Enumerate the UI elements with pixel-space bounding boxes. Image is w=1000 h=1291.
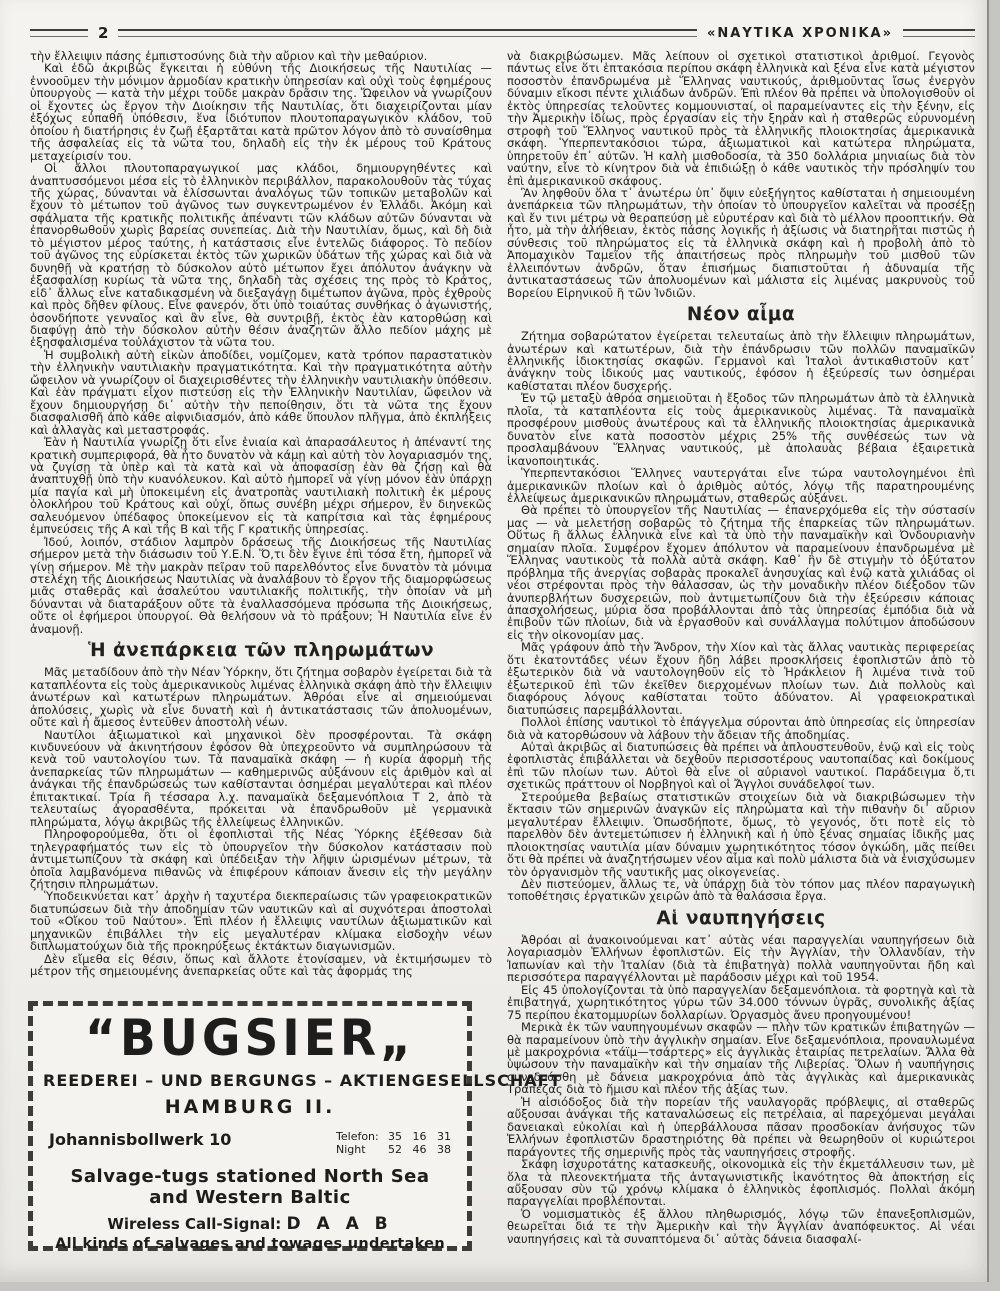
paragraph: Θὰ πρέπει τὸ ὑπουργεῖον τῆς Ναυτιλίας — … xyxy=(507,504,975,641)
ad-call-signal: Wireless Call-Signal: D A A B xyxy=(43,1214,457,1234)
ad-city-line: HAMBURG II. xyxy=(43,1096,457,1118)
ad-bugsier: “BUGSIER„ REEDEREI – UND BERGUNGS – AKTI… xyxy=(28,1001,472,1251)
ad-company-line: REEDEREI – UND BERGUNGS – AKTIENGESELLSC… xyxy=(43,1071,457,1090)
paragraph: Ὑποδεικνύεται κατ᾽ ἀρχὴν ἡ ταχυτέρα διεκ… xyxy=(30,890,492,952)
page-header: 2 «ΝΑΥΤΙΚΑ ΧΡΟΝΙΚΑ» xyxy=(30,24,975,42)
paragraph: Ὑπερπεντακόσιοι Ἕλληνες ναυτεργάται εἶνε… xyxy=(507,467,975,504)
header-rule-center xyxy=(118,29,697,37)
ad-night-label: Night xyxy=(336,1143,388,1156)
ad-call-signal-code: D A A B xyxy=(287,1214,393,1234)
ad-night-numbers: 52 46 38 xyxy=(388,1143,451,1156)
ad-address: Johannisbollwerk 10 xyxy=(49,1130,231,1149)
ad-phone-line: Telefon:35 16 31 xyxy=(336,1130,451,1143)
paragraph: Ἡ συμβολικὴ αὐτὴ εἰκὼν ἀποδίδει, νομίζομ… xyxy=(30,349,492,436)
scanned-magazine-page: 2 «ΝΑΥΤΙΚΑ ΧΡΟΝΙΚΑ» τὴν ἔλλειψιν πάσης ἐ… xyxy=(0,0,1000,1291)
paragraph: Ζήτημα σοβαρώτατον ἐγείρεται τελευταίως … xyxy=(507,330,975,392)
paragraph: Ἡ αἰσιόδοξος διὰ τὴν πορείαν τῆς ναυλαγο… xyxy=(507,1096,975,1158)
ad-service-line-2: and Western Baltic xyxy=(43,1187,457,1208)
paragraph: Δὲν εἴμεθα εἰς θέσιν, ὅπως καὶ ἄλλοτε ἐτ… xyxy=(30,953,492,978)
page-number: 2 xyxy=(98,24,108,42)
paragraph: Ἀθρόαι αἱ ἀνακοινούμεναι κατ᾽ αὐτὰς νέαι… xyxy=(507,934,975,984)
paragraph: Ναυτίλοι ἀξιωματικοὶ καὶ μηχανικοὶ δὲν π… xyxy=(30,729,492,829)
ad-telefon-label: Telefon: xyxy=(336,1130,388,1143)
paragraph: Ὁ νομισματικὸς ἐξ ἄλλου πληθωρισμός, λόγ… xyxy=(507,1208,975,1245)
ad-service-line-1: Salvage-tugs stationed North Sea xyxy=(43,1166,457,1187)
paragraph: Πολλοὶ ἐπίσης ναυτικοὶ τὸ ἐπάγγελμα σύρο… xyxy=(507,716,975,741)
paragraph: Μερικὰ ἐκ τῶν ναυπηγουμένων σκαφῶν — πλὴ… xyxy=(507,1021,975,1096)
paragraph: Μᾶς γράφουν ἀπὸ τὴν Ἄνδρον, τὴν Χίον καὶ… xyxy=(507,641,975,716)
section-heading-shipbuilding: Αἱ ναυπηγήσεις xyxy=(507,908,975,930)
paragraph: Μᾶς μεταδίδουν ἀπὸ τὴν Νέαν Ὑόρκην, ὅτι … xyxy=(30,666,492,728)
paragraph: Εἰς 45 ὑπολογίζονται τὰ ὑπὸ παραγγελίαν … xyxy=(507,984,975,1021)
paragraph: Καὶ ἐδῶ ἀκριβῶς ἔγκειται ἡ εὐθύνη τῆς Δι… xyxy=(30,62,492,162)
section-heading-new-blood: Νέον αἷμα xyxy=(507,304,975,326)
ad-content: “BUGSIER„ REEDEREI – UND BERGUNGS – AKTI… xyxy=(33,1006,467,1256)
section-heading-crew-shortage: Ἡ ἀνεπάρκεια τῶν πληρωμάτων xyxy=(30,640,492,662)
paragraph: Αὐταὶ ἀκριβῶς αἱ διατυπώσεις θὰ πρέπει ν… xyxy=(507,741,975,791)
header-rule-left xyxy=(30,29,88,37)
paragraph: Πληροφορούμεθα, ὅτι οἱ ἐφοπλισταὶ τῆς Νέ… xyxy=(30,828,492,890)
ad-phone-block: Telefon:35 16 31 Night52 46 38 xyxy=(336,1130,451,1156)
paragraph: Οἱ ἄλλοι πλουτοπαραγωγικοί μας κλάδοι, δ… xyxy=(30,162,492,349)
paragraph: Δὲν πιστεύομεν, ἄλλως τε, νὰ ὑπάρχῃ διὰ … xyxy=(507,878,975,903)
paragraph: Ἐὰν ἡ Ναυτιλία γνωρίζῃ ὅτι εἶνε ἑνιαία κ… xyxy=(30,436,492,536)
ad-footer-line: All kinds of salvages and towages undert… xyxy=(43,1236,457,1252)
ad-telefon-numbers: 35 16 31 xyxy=(388,1130,451,1143)
masthead-title: «ΝΑΥΤΙΚΑ ΧΡΟΝΙΚΑ» xyxy=(707,26,893,41)
paragraph: Στερούμεθα βεβαίως στατιστικῶν στοιχείων… xyxy=(507,791,975,878)
paragraph: Ἰδού, λοιπόν, στάδιον λαμπρὸν δράσεως τῆ… xyxy=(30,536,492,636)
ad-call-signal-label: Wireless Call-Signal: xyxy=(107,1215,281,1233)
paragraph: Σκάφη ἰσχυροτάτης κατασκευῆς, οἰκονομικὰ… xyxy=(507,1158,975,1208)
paragraph: Ἂν ληφθοῦν ὅλα τ᾽ ἀνωτέρω ὑπ᾽ ὄψιν εὐεξή… xyxy=(507,187,975,299)
left-column: τὴν ἔλλειψιν πάσης ἐμπιστοσύνης διὰ τὴν … xyxy=(30,50,492,1000)
ad-phone-line: Night52 46 38 xyxy=(336,1143,451,1156)
ad-address-phone-row: Johannisbollwerk 10 Telefon:35 16 31 Nig… xyxy=(43,1130,457,1156)
paragraph: νὰ διακριβώσωμεν. Μᾶς λείπουν οἱ σχετικο… xyxy=(507,50,975,187)
header-rule-right xyxy=(903,29,975,37)
page: 2 «ΝΑΥΤΙΚΑ ΧΡΟΝΙΚΑ» τὴν ἔλλειψιν πάσης ἐ… xyxy=(0,0,989,1282)
paragraph: Ἐν τῷ μεταξὺ ἀθρόα σημειοῦται ἡ ἔξοδος τ… xyxy=(507,392,975,467)
ad-brand-logo: “BUGSIER„ xyxy=(43,1013,457,1066)
right-column: νὰ διακριβώσωμεν. Μᾶς λείπουν οἱ σχετικο… xyxy=(507,50,975,1284)
